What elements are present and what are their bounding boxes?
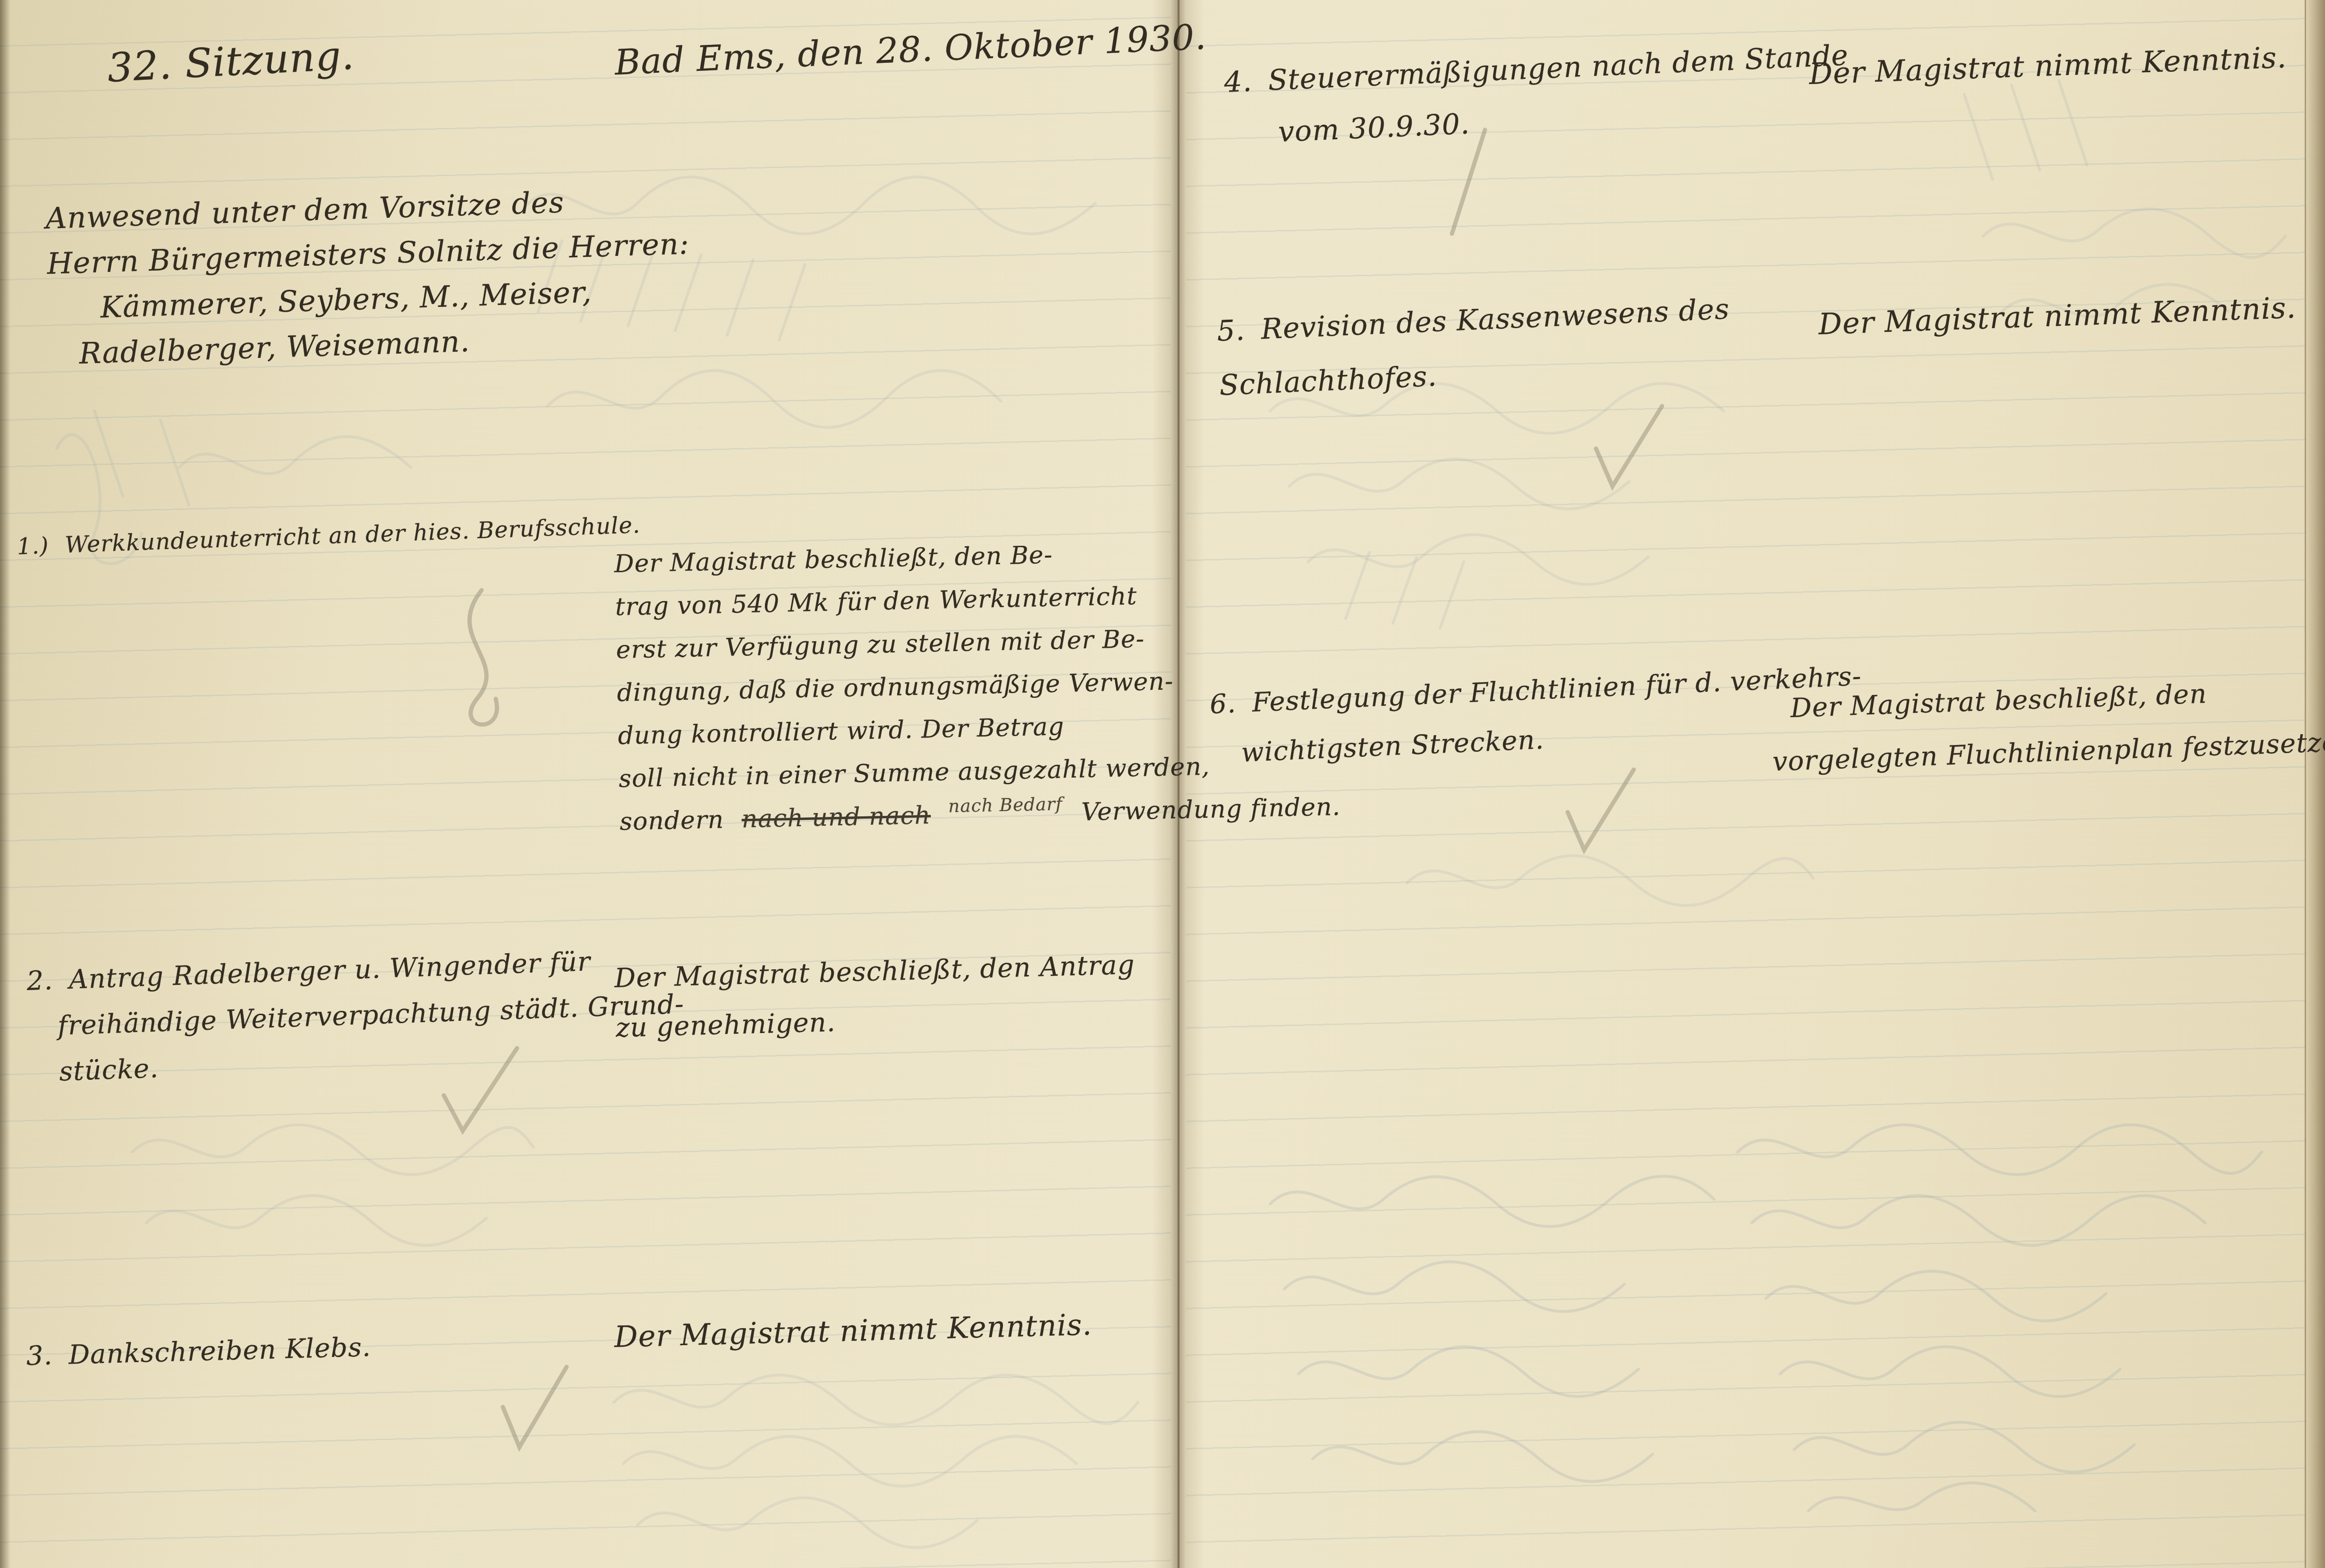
item-number: 2. [26,965,54,997]
page-edge-right [2303,0,2325,1568]
agenda-item-5-heading: 5.Revision des Kassenwesens des Schlacht… [1216,282,1733,413]
page-edge-right-line [2305,0,2306,1568]
pencil-checkmark [496,1355,576,1459]
item-heading-text: Revision des Kassenwesens des [1260,293,1730,346]
bleedthrough-ghost-writing [1723,1110,2266,1534]
inserted-correction-text: nach Bedarf [948,793,1063,816]
bleedthrough-ghost-writing [604,1360,1147,1558]
agenda-item-2-heading: 2.Antrag Radelberger u. Wingender für fr… [26,936,687,1096]
attendance-paragraph: Anwesend unter dem Vorsitze des Herrn Bü… [45,176,693,377]
item-number: 3. [26,1340,53,1372]
agenda-item-2-resolution: Der Magistrat beschließt, den Antrag zu … [614,940,1137,1053]
item-number: 4. [1223,65,1253,99]
ledger-spread: 32. Sitzung. Bad Ems, den 28. Oktober 19… [0,0,2325,1568]
item-number: 6. [1209,688,1237,720]
bleedthrough-ghost-writing [38,392,425,590]
struck-out-text: nach und nach [741,801,931,833]
bleedthrough-ghost-writing [1251,1157,1723,1534]
pencil-flourish [425,581,529,741]
amended-prefix: sondern [619,805,724,836]
item-number: 1.) [17,533,49,560]
page-edge-left [0,0,10,1568]
agenda-item-6-resolution: Der Magistrat beschließt, den vorgelegte… [1790,662,2325,788]
pencil-checkmark [1587,392,1672,500]
pencil-checkmark [1558,755,1643,864]
amended-suffix: Verwendung finden. [1081,793,1341,826]
item-number: 5. [1216,314,1246,348]
